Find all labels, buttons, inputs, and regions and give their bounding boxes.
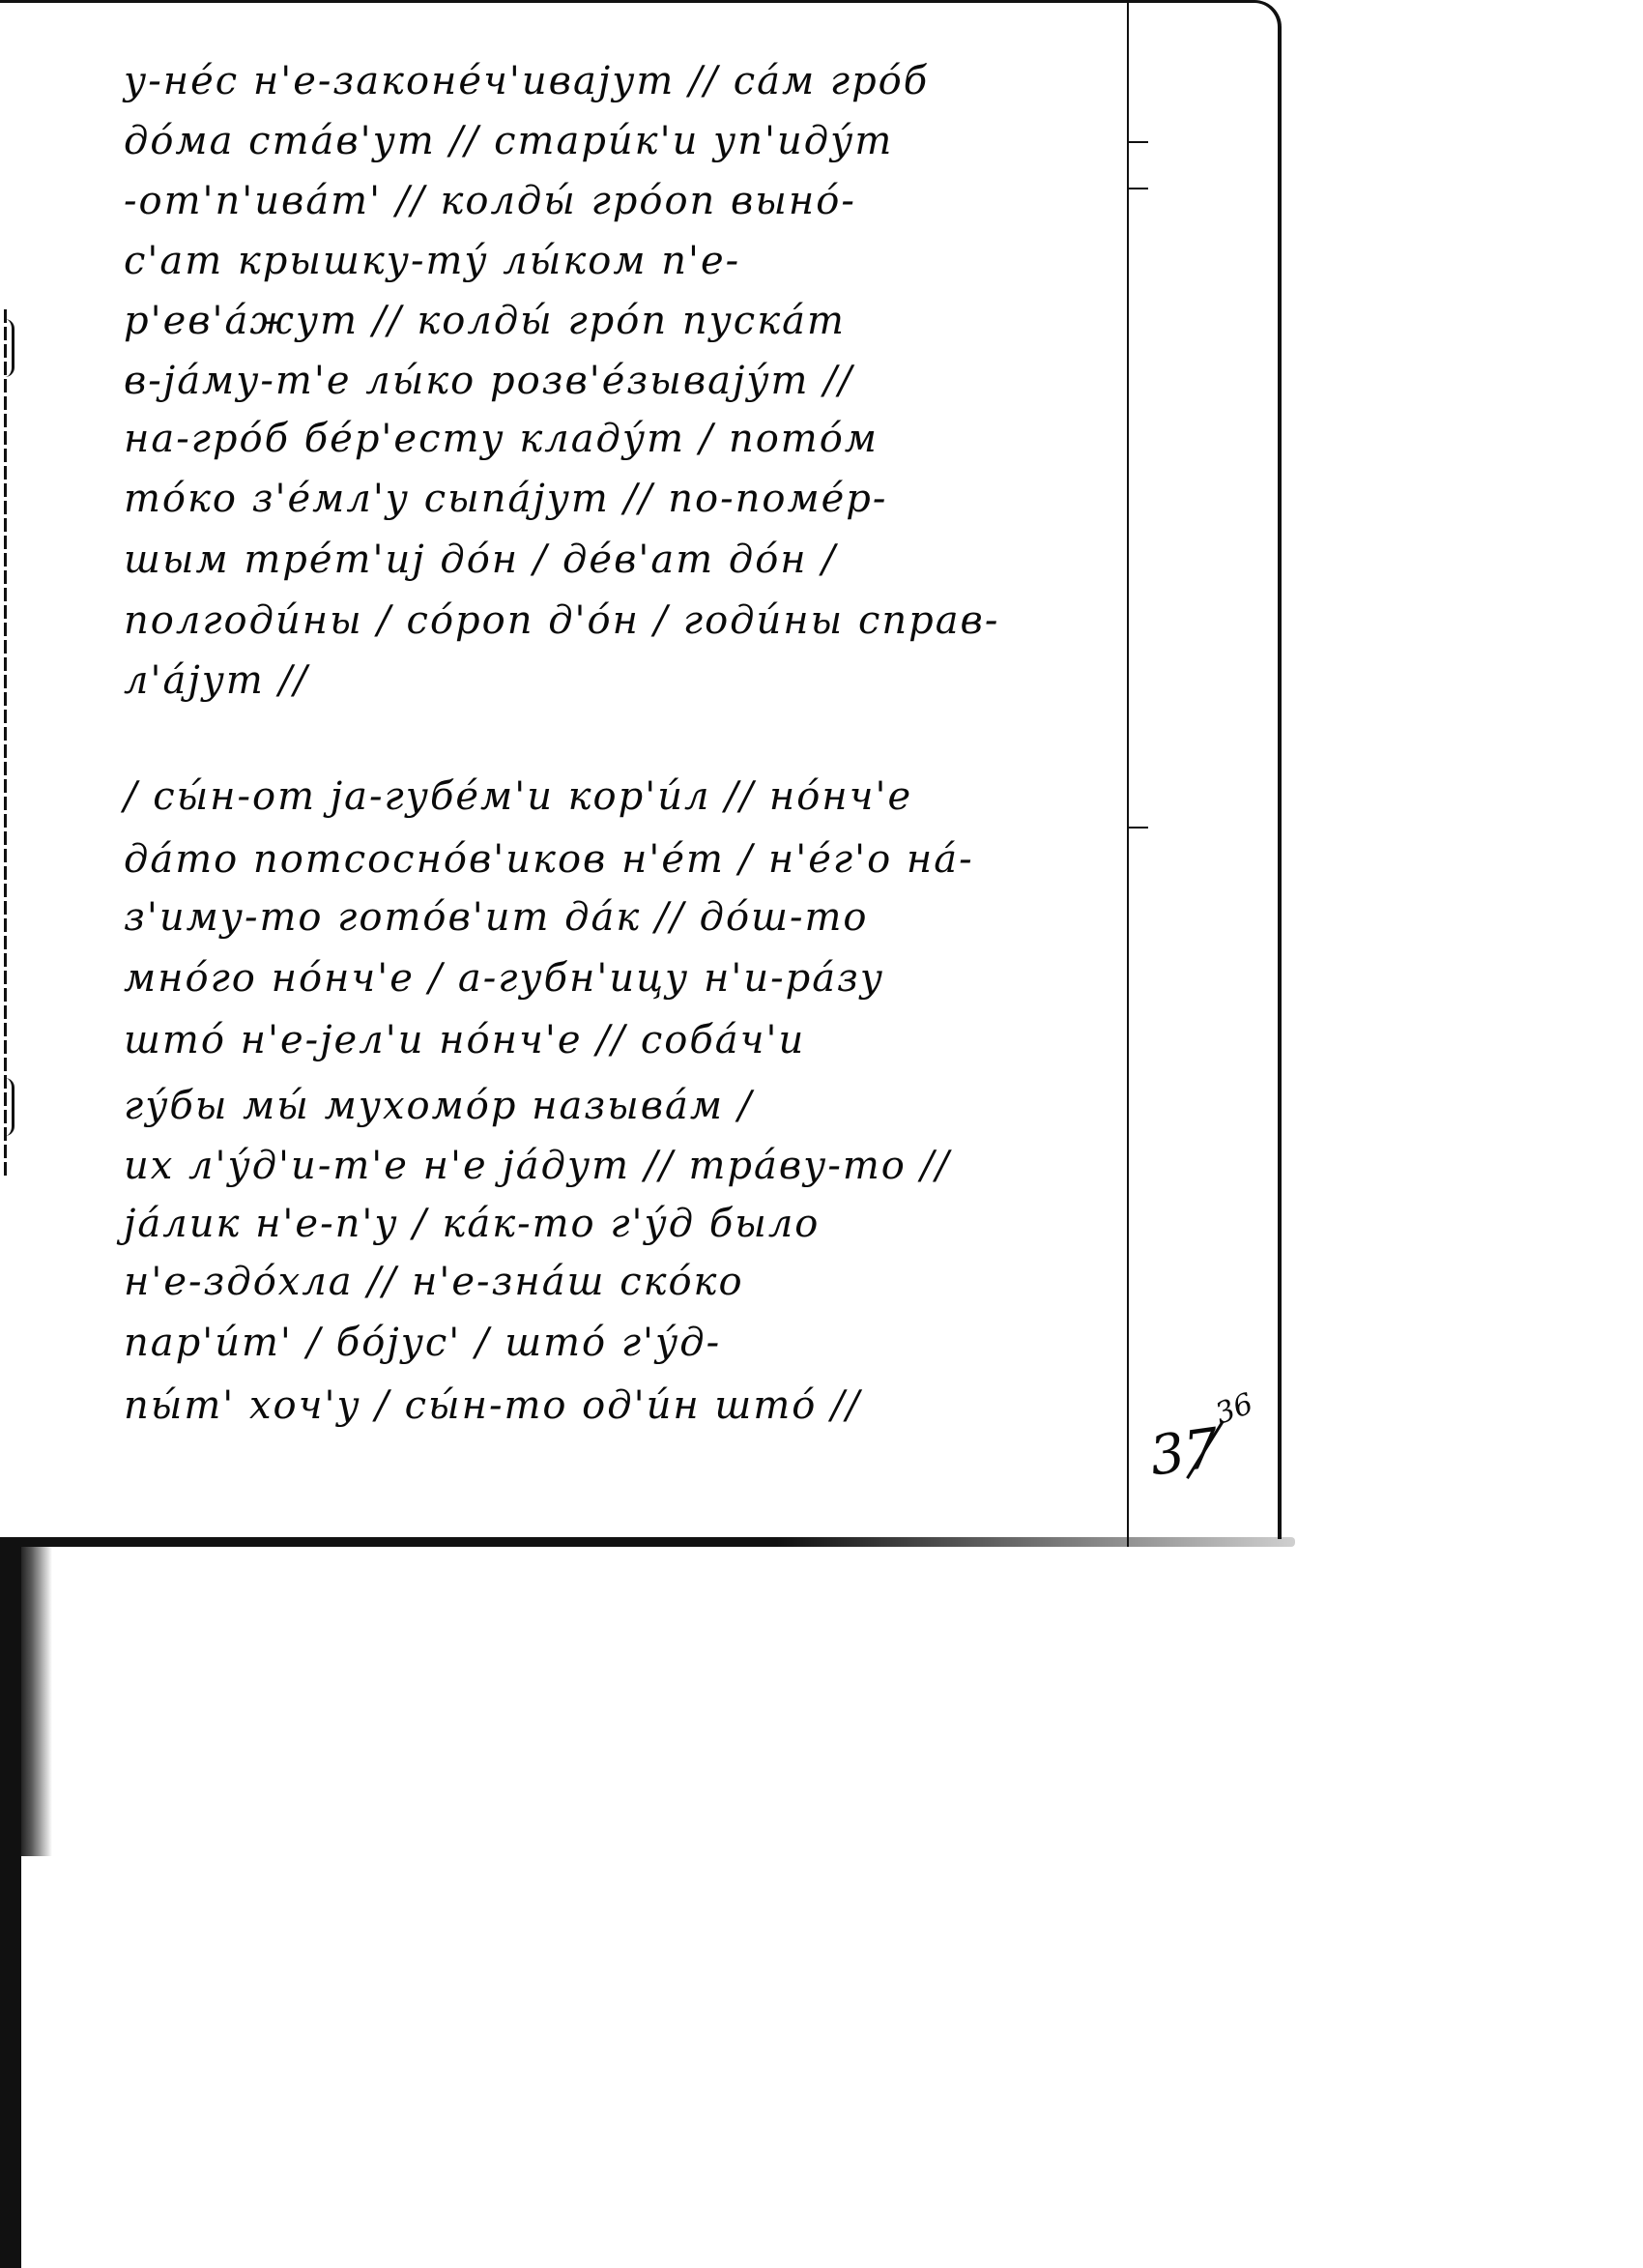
- binding-mark: [2, 319, 14, 377]
- text-line: гу́бы мы́ мухомо́р называ́м /: [124, 1083, 753, 1129]
- text-line: у-не́с н'е-законе́ч'ивајут // са́м гро́б: [124, 58, 929, 104]
- text-line: до́ма ста́в'ут // стари́к'и уп'иду́т: [124, 118, 893, 164]
- binding-edge: [4, 309, 7, 1179]
- text-line: их л'у́д'и-т'е н'е ја́дут // тра́ву-то /…: [124, 1143, 951, 1189]
- text-line: полгоди́ны / со́роп д'о́н / годи́ны спра…: [124, 597, 999, 644]
- text-line: н'е-здо́хла // н'е-зна́ш ско́ко: [124, 1259, 744, 1305]
- page-number: 37: [1146, 1416, 1224, 1488]
- scan-shadow-fade: [17, 1547, 52, 1856]
- text-line: да́то потсосно́в'иков н'е́т / н'е́г'о на…: [124, 836, 974, 883]
- text-line: р'ев'а́жут // колды́ гро́п пуска́т: [124, 298, 846, 344]
- margin-rule: [1127, 0, 1129, 1547]
- manuscript-page: [0, 0, 1282, 1539]
- text-line: в-jа́му-т'е лы́ко розв'е́зывају́т //: [124, 358, 853, 404]
- text-line: / сы́н-от ја-губе́м'и кор'и́л // но́нч'е: [124, 773, 912, 820]
- text-line: з'иму-то гото́в'ит да́к // до́ш-то: [124, 894, 869, 941]
- text-line: пы́т' хоч'у / сы́н-то од'и́н што́ //: [124, 1382, 861, 1429]
- text-line: мно́го но́нч'е / а-губн'ицу н'и-ра́зу: [124, 955, 884, 1002]
- margin-tick: [1127, 827, 1148, 829]
- text-line: пар'и́т' / бо́јус' / што́ г'у́д-: [124, 1320, 721, 1366]
- text-line: на-гро́б бе́р'есту кладу́т / пото́м: [124, 416, 879, 462]
- margin-tick: [1127, 188, 1148, 189]
- text-line: што́ н'е-јел'и но́нч'е // соба́ч'и: [124, 1017, 805, 1063]
- text-line: шым тре́т'иј до́н / де́в'ат до́н /: [124, 537, 837, 583]
- text-line: -от'п'ива́т' // колды́ гро́оп выно́-: [124, 178, 856, 224]
- text-line: ја́лик н'е-п'у / ка́к-то г'у́д было: [124, 1201, 820, 1247]
- text-line: с'ат крышку-ту́ лы́ком п'е-: [124, 238, 740, 284]
- binding-mark: [2, 1078, 14, 1136]
- page-bottom-edge: [0, 1537, 1295, 1547]
- text-line: то́ко з'е́мл'у сыпа́јут // по-поме́р-: [124, 476, 887, 522]
- text-line: л'а́јут //: [124, 657, 309, 704]
- margin-tick: [1127, 141, 1148, 143]
